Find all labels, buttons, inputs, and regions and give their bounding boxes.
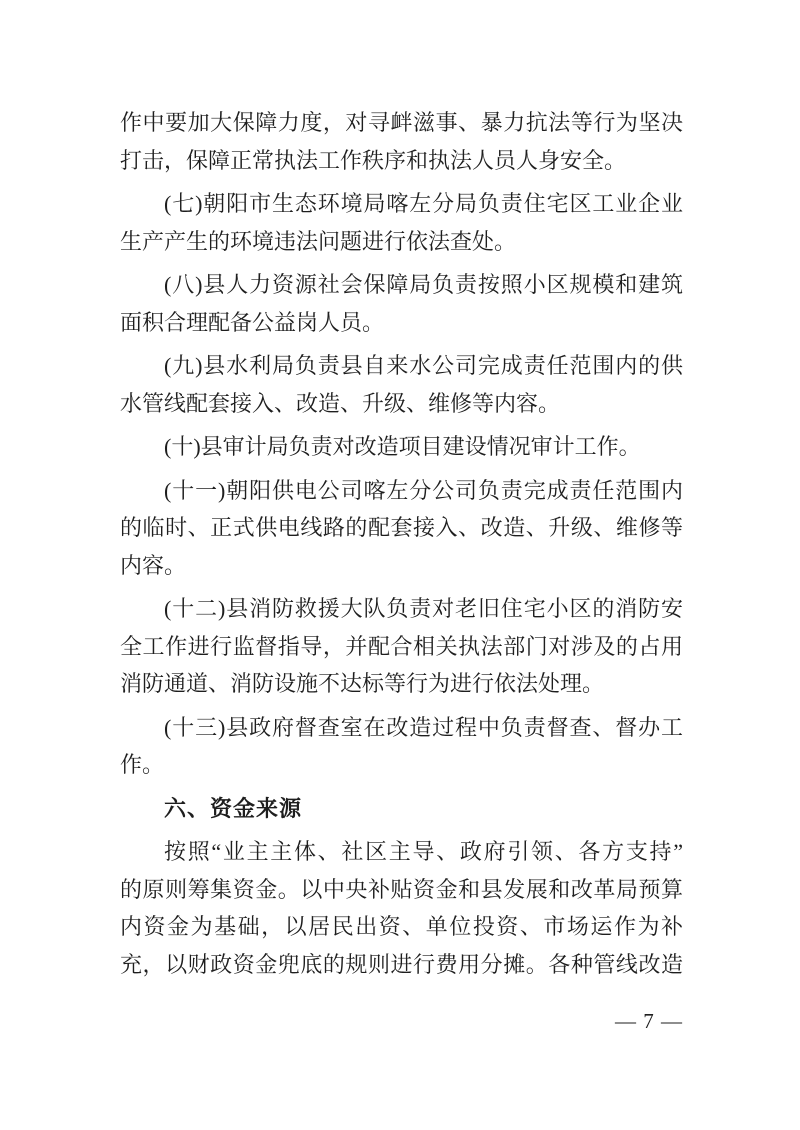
text-line: 作。	[120, 746, 683, 784]
text-line: 打击，保障正常执法工作秩序和执法人员人身安全。	[120, 142, 683, 180]
paragraph: (十)县审计局负责对改造项目建设情况审计工作。	[120, 428, 683, 466]
text-line: 水管线配套接入、改造、升级、维修等内容。	[120, 385, 683, 423]
text-line: (十一)朝阳供电公司喀左分公司负责完成责任范围内	[120, 472, 683, 510]
text-line: 六、资金来源	[120, 790, 683, 828]
text-line: 消防通道、消防设施不达标等行为进行依法处理。	[120, 665, 683, 703]
text-line: (七)朝阳市生态环境局喀左分局负责住宅区工业企业	[120, 185, 683, 223]
page-number: — 7 —	[615, 1005, 683, 1037]
paragraph: 作中要加大保障力度，对寻衅滋事、暴力抗法等行为坚决打击，保障正常执法工作秩序和执…	[120, 104, 683, 179]
document-page: 作中要加大保障力度，对寻衅滋事、暴力抗法等行为坚决打击，保障正常执法工作秩序和执…	[0, 0, 800, 1130]
paragraph: (十三)县政府督查室在改造过程中负责督查、督办工作。	[120, 709, 683, 784]
text-line: 作中要加大保障力度，对寻衅滋事、暴力抗法等行为坚决	[120, 104, 683, 142]
text-line: 内容。	[120, 547, 683, 585]
paragraph: 按照“业主主体、社区主导、政府引领、各方支持”的原则筹集资金。以中央补贴资金和县…	[120, 833, 683, 983]
paragraph: (十二)县消防救援大队负责对老旧住宅小区的消防安全工作进行监督指导，并配合相关执…	[120, 590, 683, 703]
section-heading: 六、资金来源	[120, 790, 683, 828]
text-line: 按照“业主主体、社区主导、政府引领、各方支持”	[120, 833, 683, 871]
paragraph: (七)朝阳市生态环境局喀左分局负责住宅区工业企业生产产生的环境违法问题进行依法查…	[120, 185, 683, 260]
text-line: (九)县水利局负责县自来水公司完成责任范围内的供	[120, 347, 683, 385]
text-line: 全工作进行监督指导，并配合相关执法部门对涉及的占用	[120, 628, 683, 666]
text-line: 充，以财政资金兜底的规则进行费用分摊。各种管线改造	[120, 946, 683, 984]
text-line: (八)县人力资源社会保障局负责按照小区规模和建筑	[120, 266, 683, 304]
text-line: 的临时、正式供电线路的配套接入、改造、升级、维修等	[120, 509, 683, 547]
text-line: (十三)县政府督查室在改造过程中负责督查、督办工	[120, 709, 683, 747]
text-line: (十二)县消防救援大队负责对老旧住宅小区的消防安	[120, 590, 683, 628]
paragraph: (八)县人力资源社会保障局负责按照小区规模和建筑面积合理配备公益岗人员。	[120, 266, 683, 341]
paragraph: (九)县水利局负责县自来水公司完成责任范围内的供水管线配套接入、改造、升级、维修…	[120, 347, 683, 422]
document-body: 作中要加大保障力度，对寻衅滋事、暴力抗法等行为坚决打击，保障正常执法工作秩序和执…	[120, 104, 683, 983]
text-line: 的原则筹集资金。以中央补贴资金和县发展和改革局预算	[120, 871, 683, 909]
paragraph: (十一)朝阳供电公司喀左分公司负责完成责任范围内的临时、正式供电线路的配套接入、…	[120, 472, 683, 585]
text-line: 生产产生的环境违法问题进行依法查处。	[120, 223, 683, 261]
text-line: 面积合理配备公益岗人员。	[120, 304, 683, 342]
text-line: (十)县审计局负责对改造项目建设情况审计工作。	[120, 428, 683, 466]
text-line: 内资金为基础，以居民出资、单位投资、市场运作为补	[120, 908, 683, 946]
